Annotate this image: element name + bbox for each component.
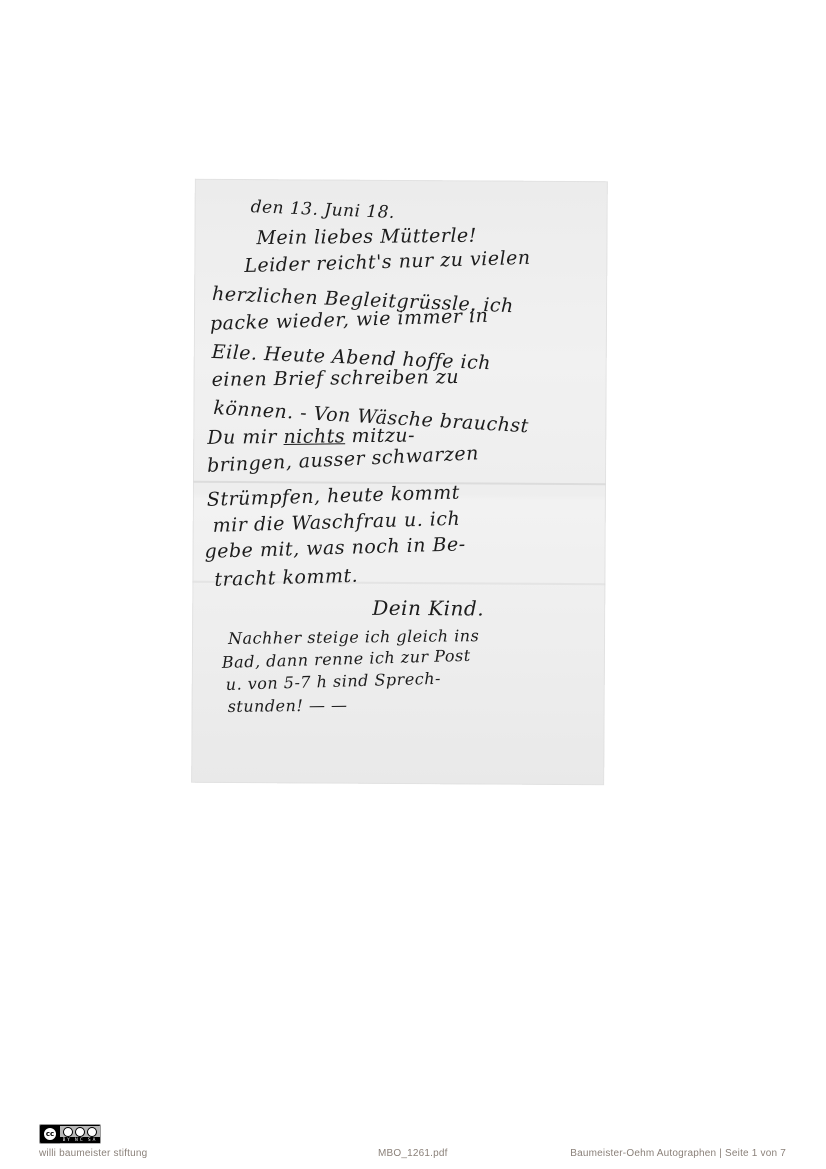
letter-scan: den 13. Juni 18. Mein liebes Mütterle! L… bbox=[191, 179, 608, 786]
letter-signature: Dein Kind. bbox=[372, 596, 484, 621]
letter-line: mir die Waschfrau u. ich bbox=[212, 508, 460, 537]
cc-icon: cc bbox=[43, 1127, 57, 1141]
letter-date: den 13. Juni 18. bbox=[250, 197, 395, 223]
postscript-line: stunden! — — bbox=[228, 696, 348, 716]
postscript-line: Nachher steige ich gleich ins bbox=[228, 626, 479, 648]
nc-icon bbox=[75, 1127, 85, 1137]
footer-organization: willi baumeister stiftung bbox=[39, 1148, 147, 1159]
underlined-word: nichts bbox=[283, 425, 345, 448]
sa-icon bbox=[87, 1127, 97, 1137]
by-icon bbox=[63, 1127, 73, 1137]
footer-page-info: Baumeister-Oehm Autographen | Seite 1 vo… bbox=[570, 1148, 786, 1159]
letter-line: tracht kommt. bbox=[214, 565, 358, 591]
letter-line-prefix: Du mir bbox=[207, 426, 283, 449]
letter-line: gebe mit, was noch in Be- bbox=[204, 533, 466, 563]
letter-line: einen Brief schreiben zu bbox=[211, 366, 459, 391]
license-terms: BY NC SA bbox=[60, 1137, 100, 1143]
letter-line-suffix: mitzu- bbox=[345, 424, 415, 447]
cc-license-badge[interactable]: cc BY NC SA bbox=[39, 1124, 101, 1144]
letter-line: Strümpfen, heute kommt bbox=[207, 482, 461, 511]
letter-line: Du mir nichts mitzu- bbox=[207, 424, 415, 448]
footer-filename: MBO_1261.pdf bbox=[378, 1148, 448, 1159]
letter-line: packe wieder, wie immer in bbox=[210, 305, 489, 335]
letter-salutation: Mein liebes Mütterle! bbox=[256, 225, 477, 249]
letter-line: Leider reicht's nur zu vielen bbox=[244, 247, 531, 277]
postscript-line: u. von 5-7 h sind Sprech- bbox=[225, 669, 441, 694]
